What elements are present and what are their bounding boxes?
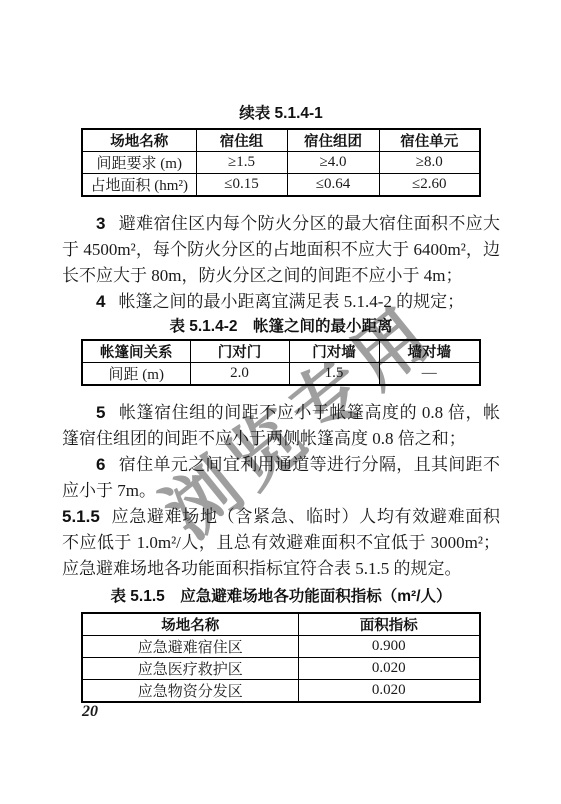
row-label-cell: 占地面积 (hm²): [82, 174, 196, 197]
clause-number: 6: [96, 455, 118, 474]
page-number: 20: [82, 703, 98, 721]
table-header-row: 场地名称 宿住组 宿住组团 宿住单元: [82, 129, 480, 152]
clause-text: 帐篷宿住组的间距不应小于帐篷高度的 0.8 倍，帐篷宿住组团的间距不应小于两侧帐…: [62, 403, 500, 448]
header-cell: 场地名称: [82, 129, 196, 152]
clause-number: 5.1.5: [62, 507, 111, 526]
value-cell: ≤2.60: [379, 174, 480, 197]
clause-number: 5: [96, 403, 118, 422]
table-5-1-5: 场地名称 面积指标 应急避难宿住区 0.900 应急医疗救护区 0.020 应急…: [81, 612, 481, 703]
table-5-1-4-1: 场地名称 宿住组 宿住组团 宿住单元 间距要求 (m) ≥1.5 ≥4.0 ≥8…: [81, 128, 481, 197]
table-caption-continued-5-1-4-1: 续表 5.1.4-1: [62, 104, 500, 123]
row-label-cell: 应急物资分发区: [82, 680, 298, 703]
header-cell: 面积指标: [298, 613, 480, 636]
page-content: 续表 5.1.4-1 场地名称 宿住组 宿住组团 宿住单元 间距要求 (m) ≥…: [62, 0, 500, 703]
value-cell: 2.0: [190, 363, 289, 386]
table-row: 间距 (m) 2.0 1.5 —: [82, 363, 480, 386]
table-caption-5-1-4-2: 表 5.1.4-2 帐篷之间的最小距离: [62, 317, 500, 336]
value-cell: ≤0.64: [287, 174, 379, 197]
clause-number: 3: [96, 214, 118, 233]
row-label-cell: 间距要求 (m): [82, 152, 196, 174]
header-cell: 宿住组团: [287, 129, 379, 152]
value-cell: 0.020: [298, 680, 480, 703]
clause-text: 帐篷之间的最小距离宜满足表 5.1.4-2 的规定；: [118, 292, 464, 311]
value-cell: —: [379, 363, 480, 386]
value-cell: 1.5: [289, 363, 379, 386]
table-row: 应急避难宿住区 0.900: [82, 636, 480, 658]
row-label-cell: 应急医疗救护区: [82, 658, 298, 680]
value-cell: ≥4.0: [287, 152, 379, 174]
clause-text: 避难宿住区内每个防火分区的最大宿住面积不应大于 4500m²，每个防火分区的占地…: [62, 214, 500, 285]
header-cell: 场地名称: [82, 613, 298, 636]
clause-item-3: 3避难宿住区内每个防火分区的最大宿住面积不应大于 4500m²，每个防火分区的占…: [62, 211, 500, 289]
table-row: 间距要求 (m) ≥1.5 ≥4.0 ≥8.0: [82, 152, 480, 174]
value-cell: 0.900: [298, 636, 480, 658]
header-cell: 宿住单元: [379, 129, 480, 152]
table-row: 应急物资分发区 0.020: [82, 680, 480, 703]
clause-text: 宿住单元之间宜利用通道等进行分隔，且其间距不应小于 7m。: [62, 455, 500, 500]
header-cell: 墙对墙: [379, 340, 480, 363]
table-row: 占地面积 (hm²) ≤0.15 ≤0.64 ≤2.60: [82, 174, 480, 197]
row-label-cell: 间距 (m): [82, 363, 190, 386]
clause-item-6: 6宿住单元之间宜利用通道等进行分隔，且其间距不应小于 7m。: [62, 452, 500, 504]
table-5-1-4-2: 帐篷间关系 门对门 门对墙 墙对墙 间距 (m) 2.0 1.5 —: [81, 339, 481, 386]
clause-number: 4: [96, 292, 118, 311]
clause-item-5: 5帐篷宿住组的间距不应小于帐篷高度的 0.8 倍，帐篷宿住组团的间距不应小于两侧…: [62, 400, 500, 452]
table-header-row: 场地名称 面积指标: [82, 613, 480, 636]
table-row: 应急医疗救护区 0.020: [82, 658, 480, 680]
header-cell: 宿住组: [196, 129, 287, 152]
value-cell: 0.020: [298, 658, 480, 680]
clause-text: 应急避难场地（含紧急、临时）人均有效避难面积不应低于 1.0m²/人，且总有效避…: [62, 507, 500, 578]
header-cell: 门对门: [190, 340, 289, 363]
header-cell: 门对墙: [289, 340, 379, 363]
clause-item-4: 4帐篷之间的最小距离宜满足表 5.1.4-2 的规定；: [62, 289, 500, 315]
value-cell: ≥8.0: [379, 152, 480, 174]
document-page: 浏览专用 续表 5.1.4-1 场地名称 宿住组 宿住组团 宿住单元 间距要求 …: [0, 0, 561, 804]
value-cell: ≥1.5: [196, 152, 287, 174]
row-label-cell: 应急避难宿住区: [82, 636, 298, 658]
value-cell: ≤0.15: [196, 174, 287, 197]
clause-5-1-5: 5.1.5应急避难场地（含紧急、临时）人均有效避难面积不应低于 1.0m²/人，…: [62, 504, 500, 582]
header-cell: 帐篷间关系: [82, 340, 190, 363]
table-caption-5-1-5: 表 5.1.5 应急避难场地各功能面积指标（m²/人）: [62, 587, 500, 606]
table-header-row: 帐篷间关系 门对门 门对墙 墙对墙: [82, 340, 480, 363]
